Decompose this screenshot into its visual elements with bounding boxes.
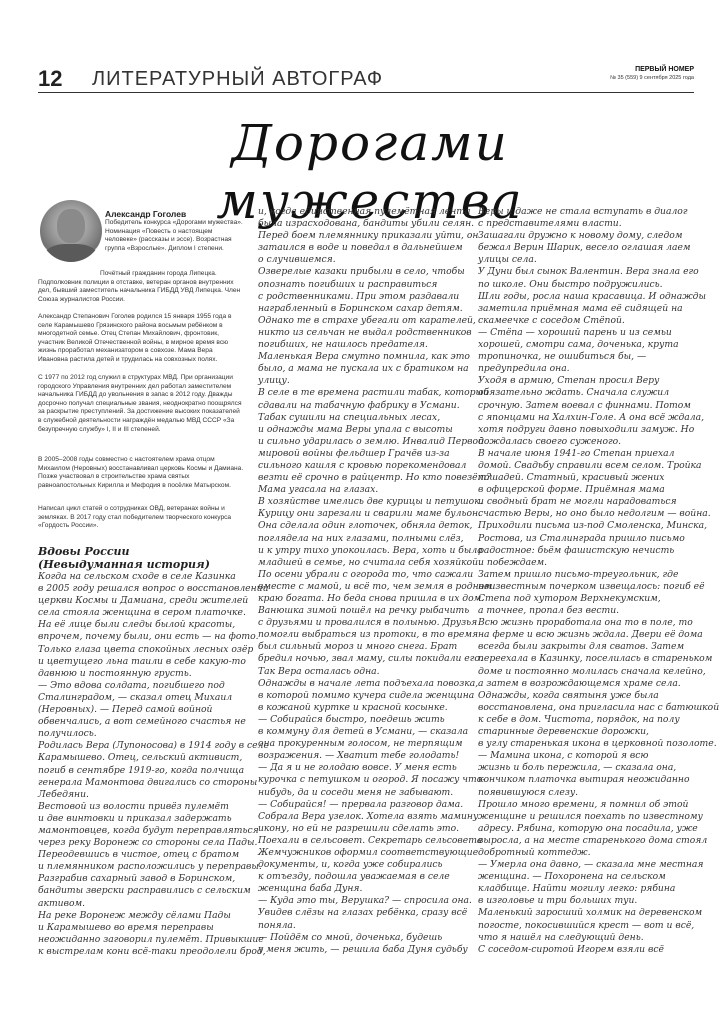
text-line: женщине и решился поехать по известному <box>478 811 698 823</box>
text-line: Маленькая Вера смутно помнила, как это <box>258 351 478 363</box>
text-line: Когда на сельском сходе в селе Казинка <box>38 571 248 583</box>
text-line: неизвестным почерком извещалось: погиб е… <box>478 581 698 593</box>
text-line: Собрала Вера узелок. Хотела взять мамину <box>258 811 478 823</box>
text-line: обвенчались, а вот семейного счастья не <box>38 716 248 728</box>
text-line: бежал Верин Шарик, весело оглашая лаем <box>478 242 698 254</box>
text-line: у меня жить, — решила баба Дуня судьбу <box>258 944 478 956</box>
text-line: и Карамышево во время переправы <box>38 922 248 934</box>
text-line: нибудь, да и соседи меня не забывают. <box>258 787 478 799</box>
text-line: Однажды, когда святыня уже была <box>478 690 698 702</box>
text-line: счастью Веры, но оно было недолгим — вой… <box>478 508 698 520</box>
text-line: в кожаной куртке и красной косынке. <box>258 702 478 714</box>
text-line: женщина баба Дуня. <box>258 883 478 895</box>
text-line: помогли выбраться из протоки, в то время <box>258 629 478 641</box>
text-line: в изголовье и три больших туи. <box>478 895 698 907</box>
text-line: села стояла женщина в сером платочке. <box>38 607 248 619</box>
text-line: Однако те в страхе убегали от карателей, <box>258 315 478 327</box>
text-line: Приходили письма из-под Смоленска, Минск… <box>478 520 698 532</box>
text-line: курочка с петушком и огород. Я посажу чт… <box>258 774 478 786</box>
text-line: кончиком платочка вытирая неожиданно <box>478 774 698 786</box>
text-line: о случившемся. <box>258 254 478 266</box>
text-line: срочную. Затем воевал с финнами. Потом <box>478 400 698 412</box>
text-line: Карамышево. Отец, сельский активист, <box>38 752 248 764</box>
text-line: лошадей. Статный, красивый жених <box>478 472 698 484</box>
text-line: а затем в возрождающемся храме села. <box>478 678 698 690</box>
text-line: на ферме и всю жизнь ждала. Двери её дом… <box>478 629 698 641</box>
text-line: получилось. <box>38 728 248 740</box>
text-line: с родственниками. При этом раздавали <box>258 291 478 303</box>
text-line: жизнь и боль пережила, — сказала она, <box>478 762 698 774</box>
text-line: Ванюшка зимой пошёл на речку рыбачить <box>258 605 478 617</box>
text-line: Сталинградом, — сказал отец Михаил <box>38 692 248 704</box>
text-line: хорошей, смотри сама, доченька, крута <box>478 339 698 351</box>
text-line: впрочем, почему были, они есть — на фото… <box>38 631 248 643</box>
text-line: награбленный в Боринском сахар детям. <box>258 303 478 315</box>
text-line: Однажды в начале лета подъехала повозка, <box>258 678 478 690</box>
author-award: Победитель конкурса «Дорогами мужества».… <box>105 219 245 253</box>
text-line: икону, но ей не разрешили сделать это. <box>258 823 478 835</box>
text-line: младшей в семье, но считала себя хозяйко… <box>258 557 478 569</box>
text-line: появившуюся слезу. <box>478 787 698 799</box>
author-bio-3: С 1977 по 2012 год служил в структурах М… <box>38 374 244 434</box>
text-line: дождалась своего суженого. <box>478 436 698 448</box>
text-line: погибших, не нашлось предателя. <box>258 339 478 351</box>
text-line: скамеечке с соседом Стёпой. <box>478 315 698 327</box>
text-line: На реке Воронеж между сёлами Пады <box>38 910 248 922</box>
text-line: Уходя в армию, Степан просил Веру <box>478 375 698 387</box>
column-1-text: Когда на сельском сходе в селе Казинкав … <box>38 571 248 958</box>
text-line: — Умерла она давно, — сказала мне местна… <box>478 859 698 871</box>
story-column-1: Вдовы России (Невыдуманная история) Когд… <box>38 545 248 958</box>
text-line: — Стёпа — хороший парень и из семьи <box>478 327 698 339</box>
text-line: Табак сушили на специальных лесах, <box>258 412 478 424</box>
text-line: с представителями власти. <box>478 218 698 230</box>
text-line: — Куда это ты, Верушка? — спросила она. <box>258 895 478 907</box>
text-line: Степа под хутором Верхнекумским, <box>478 593 698 605</box>
text-line: с друзьями и провалился в полынью. Друзь… <box>258 617 478 629</box>
text-line: поняла. <box>258 920 478 932</box>
text-line: В хозяйстве имелись две курицы и петушок… <box>258 496 478 508</box>
masthead: ПЕРВЫЙ НОМЕР № 35 (559) 9 сентября 2025 … <box>610 66 694 81</box>
text-line: и сводный брат не могли нарадоваться <box>478 496 698 508</box>
text-line: она прокуренным голосом, не терпящим <box>258 738 478 750</box>
author-bio-1: Почётный гражданин города Липецка. Подпо… <box>38 270 244 304</box>
text-line: Она сделала один глоточек, обняла деток, <box>258 520 478 532</box>
text-line: тропиночка, не ошибиться бы, — <box>478 351 698 363</box>
text-line: с японцами на Халхин-Голе. А она всё жда… <box>478 412 698 424</box>
column-3-text: Веры и даже не стала вступать в диалогс … <box>478 206 698 956</box>
text-line: Мама угасала на глазах. <box>258 484 478 496</box>
text-line: Увидев слёзы на глазах ребёнка, сразу вс… <box>258 907 478 919</box>
text-line: Только глаза цвета спокойных лесных озёр <box>38 644 248 656</box>
text-line: активом. <box>38 898 248 910</box>
text-line: в 2005 году решался вопрос о восстановле… <box>38 583 248 595</box>
text-line: женщина. — Похоронена на сельском <box>478 871 698 883</box>
text-line: опознать погибших и расправиться <box>258 279 478 291</box>
issue-info: № 35 (559) 9 сентября 2025 года <box>610 75 694 81</box>
text-line: бандиты зверски расправились с сельским <box>38 885 248 897</box>
text-line: восстановлена, она пригласила нас с батю… <box>478 702 698 714</box>
text-line: всегда были закрыты для сватов. Затем <box>478 641 698 653</box>
text-line: сильного кашля с кровью порекомендовал <box>258 460 478 472</box>
text-line: радостное: бьём фашистскую нечисть <box>478 545 698 557</box>
page-number: 12 <box>38 66 62 92</box>
text-line: церкви Космы и Дамиана, среди жителей <box>38 595 248 607</box>
text-line: Ростова, из Сталинграда пришло письмо <box>478 533 698 545</box>
text-line: В селе в те времена растили табак, котор… <box>258 387 478 399</box>
text-line: Прошло много времени, я помнил об этой <box>478 799 698 811</box>
text-line: добротный коттедж. <box>478 847 698 859</box>
text-line: Перед боем племяннику приказали уйти, он <box>258 230 478 242</box>
text-line: и сильно ударилась о землю. Инвалид Перв… <box>258 436 478 448</box>
text-line: бредил ночью, звал маму, силы покидали е… <box>258 653 478 665</box>
text-line: в коммуну для детей в Усмани, — сказала <box>258 726 478 738</box>
text-line: Веры и даже не стала вступать в диалог <box>478 206 698 218</box>
text-line: через реку Воронеж со стороны села Пады. <box>38 837 248 849</box>
text-line: погиб в сентябре 1919-го, когда полчища <box>38 765 248 777</box>
author-bio-2: Александр Степанович Гоголев родился 15 … <box>38 313 244 365</box>
text-line: У Дуни был сынок Валентин. Вера знала ег… <box>478 266 698 278</box>
text-line: Лебедяни. <box>38 789 248 801</box>
author-photo-head <box>57 209 85 243</box>
text-line: мамонтовцев, когда будут переправляться <box>38 825 248 837</box>
story-column-3: Веры и даже не стала вступать в диалогс … <box>478 206 698 956</box>
text-line: кладбище. Найти могилу легко: рябина <box>478 883 698 895</box>
text-line: По осени убрали с огорода то, что сажали <box>258 569 478 581</box>
text-line: заметила приёмная мама её сидящей на <box>478 303 698 315</box>
text-line: Всю жизнь проработала она то в поле, то <box>478 617 698 629</box>
text-line: и однажды мама Веры упала с высоты <box>258 424 478 436</box>
newspaper-name: ПЕРВЫЙ НОМЕР <box>610 66 694 73</box>
text-line: и к утру тихо упокоилась. Вера, хоть и б… <box>258 545 478 557</box>
text-line: было, а мама не пускала их с братиком на <box>258 363 478 375</box>
story-subtitle: (Невыдуманная история) <box>38 558 248 571</box>
text-line: Разграбив сахарный завод в Боринском, <box>38 873 248 885</box>
text-line: к отъезду, подошла уважаемая в селе <box>258 871 478 883</box>
text-line: к себе в дом. Чистота, порядок, на полу <box>478 714 698 726</box>
text-line: Озверелые казаки прибыли в село, чтобы <box>258 266 478 278</box>
text-line: хотя подруги давно повыходили замуж. Но <box>478 424 698 436</box>
text-line: никто из сельчан не выдал родственников <box>258 327 478 339</box>
text-line: предупредила она. <box>478 363 698 375</box>
text-line: а точнее, пропал без вести. <box>478 605 698 617</box>
text-line: была израсходована, бандиты убили селян. <box>258 218 478 230</box>
text-line: Маленький заросший холмик на деревенском <box>478 907 698 919</box>
text-line: адресу. Рябина, которую она посадила, уж… <box>478 823 698 835</box>
text-line: — Собирайся быстро, поедешь жить <box>258 714 478 726</box>
text-line: давнюю и постоянную грусть. <box>38 668 248 680</box>
text-line: мировой войны фельдшер Грачёв из-за <box>258 448 478 460</box>
headline: Дорогами мужества <box>100 100 640 190</box>
text-line: На её лице были следы былой красоты, <box>38 619 248 631</box>
text-line: Зашагали дружно к новому дому, следом <box>478 230 698 242</box>
text-line: улицы села. <box>478 254 698 266</box>
text-line: сдавали на табачную фабрику в Усмани. <box>258 400 478 412</box>
text-line: — Мамина икона, с которой я всю <box>478 750 698 762</box>
text-line: в которой помимо кучера сидела женщина <box>258 690 478 702</box>
text-line: Жемчужников оформил соответствующие <box>258 847 478 859</box>
text-line: — Это вдова солдата, погибшего под <box>38 680 248 692</box>
text-line: — Собирайся! — прервала разговор дама. <box>258 799 478 811</box>
text-line: — Да я и не голодаю вовсе. У меня есть <box>258 762 478 774</box>
text-line: С соседом-сиротой Игорем взяли всё <box>478 944 698 956</box>
text-line: выросла, а на месте старенького дома сто… <box>478 835 698 847</box>
text-line: и, когда единственная пулемётная лента <box>258 206 478 218</box>
text-line: краю богата. Но беда снова пришла в их д… <box>258 593 478 605</box>
text-line: Курицу они зарезали и сварили маме бульо… <box>258 508 478 520</box>
author-photo-body <box>44 244 98 262</box>
story-title: Вдовы России <box>38 545 248 558</box>
text-line: старинные деревенские дорожки, <box>478 726 698 738</box>
section-title: ЛИТЕРАТУРНЫЙ АВТОГРАФ <box>92 68 383 91</box>
author-bio-5: Написал цикл статей о сотрудниках ОВД, в… <box>38 505 244 531</box>
text-line: генерала Мамонтова двигались со стороны <box>38 777 248 789</box>
text-line: и племянником расположились у переправы. <box>38 861 248 873</box>
text-line: Шли годы, росла наша красавица. И однажд… <box>478 291 698 303</box>
text-line: возражения. — Хватит тебе голодать! <box>258 750 478 762</box>
text-line: В начале июня 1941-го Степан приехал <box>478 448 698 460</box>
text-line: затаился в воде и поведал в дальнейшем <box>258 242 478 254</box>
author-name: Александр Гоголев <box>105 209 186 219</box>
page-header: 12 ЛИТЕРАТУРНЫЙ АВТОГРАФ ПЕРВЫЙ НОМЕР № … <box>38 64 694 93</box>
text-line: Вестовой из волости привёз пулемёт <box>38 801 248 813</box>
text-line: по школе. Они быстро подружились. <box>478 279 698 291</box>
text-line: Родилась Вера (Лупоносова) в 1914 году в… <box>38 740 248 752</box>
text-line: поглядела на них глазами, полными слёз, <box>258 533 478 545</box>
text-line: доме и постоянно молилась сначала келейн… <box>478 666 698 678</box>
story-column-2: и, когда единственная пулемётная лентабы… <box>258 206 478 956</box>
text-line: домой. Свадьбу справили всем селом. Трой… <box>478 460 698 472</box>
text-line: (Неровных). — Перед самой войной <box>38 704 248 716</box>
text-line: обязательно ждать. Сначала служил <box>478 387 698 399</box>
column-2-text: и, когда единственная пулемётная лентабы… <box>258 206 478 956</box>
text-line: Затем пришло письмо-треугольник, где <box>478 569 698 581</box>
text-line: в углу старенькая икона в церковной позо… <box>478 738 698 750</box>
text-line: Так Вера осталась одна. <box>258 666 478 678</box>
text-line: и цветущего льна таили в себе какую-то <box>38 656 248 668</box>
text-line: был сильный мороз и много снега. Брат <box>258 641 478 653</box>
text-line: Поехали в сельсовет. Секретарь сельсовет… <box>258 835 478 847</box>
text-line: документы, и, когда уже собирались <box>258 859 478 871</box>
text-line: что я нашёл на следующий день. <box>478 932 698 944</box>
text-line: вместе с мамой, и всё то, чем земля в ро… <box>258 581 478 593</box>
text-line: Переодевшись в чистое, отец с братом <box>38 849 248 861</box>
text-line: и две винтовки и приказал задержать <box>38 813 248 825</box>
author-bio-4: В 2005–2008 годы совместно с настоятелем… <box>38 456 244 490</box>
text-line: неожиданно заговорил пулемёт. Привыкшие <box>38 934 248 946</box>
text-line: везти её срочно в райцентр. Но кто повез… <box>258 472 478 484</box>
text-line: переехала в Казинку, поселилась в старен… <box>478 653 698 665</box>
text-line: к выстрелам кони всё-таки преодолели бро… <box>38 946 248 958</box>
text-line: в офицерской форме. Приёмная мама <box>478 484 698 496</box>
text-line: погосте, покосившийся крест — вот и всё, <box>478 920 698 932</box>
text-line: — Пойдём со мной, доченька, будешь <box>258 932 478 944</box>
text-line: и побеждаем. <box>478 557 698 569</box>
author-photo <box>40 200 102 262</box>
text-line: улицу. <box>258 375 478 387</box>
